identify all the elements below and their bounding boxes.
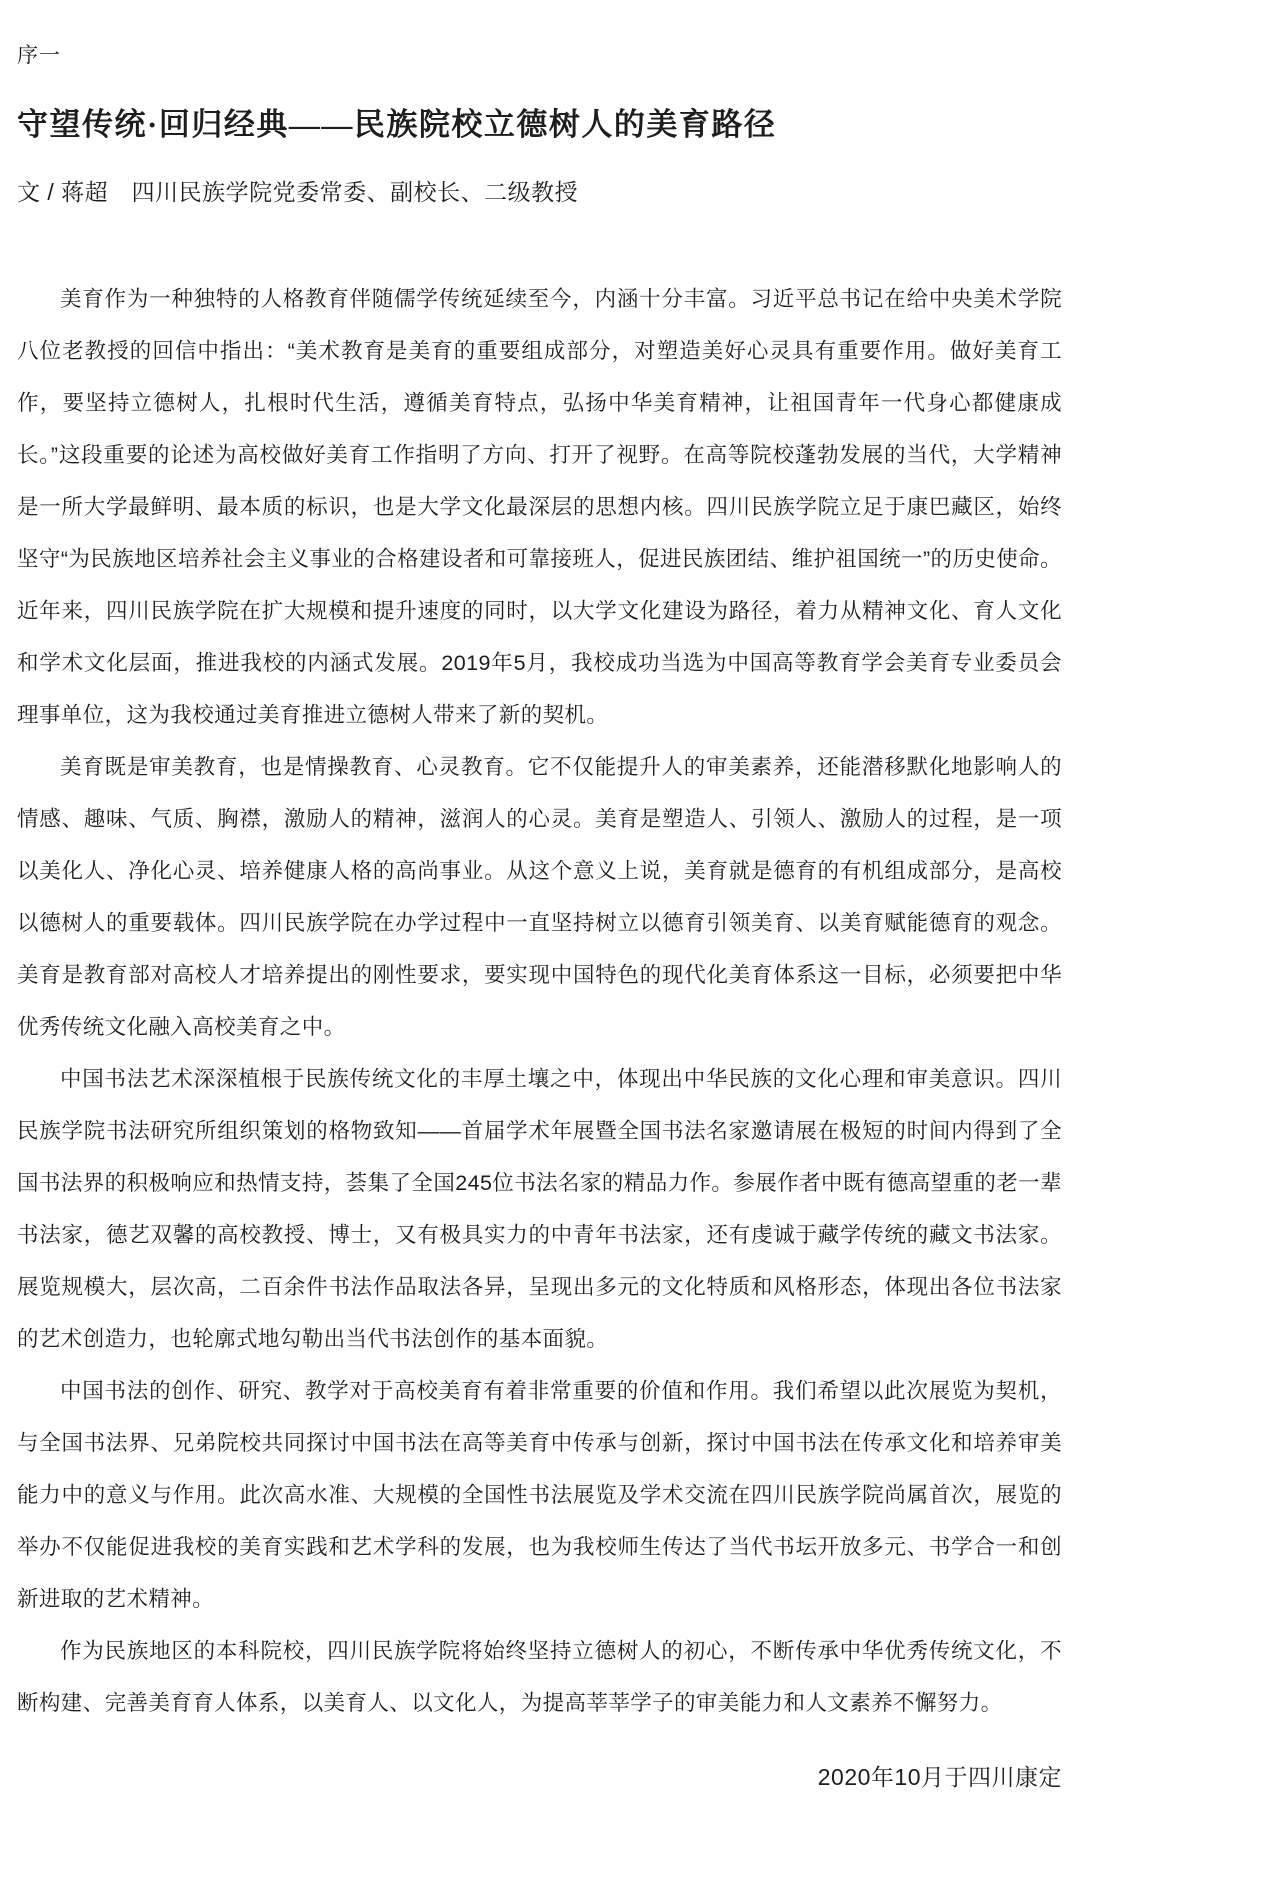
body-paragraph: 中国书法艺术深深植根于民族传统文化的丰厚土壤之中，体现出中华民族的文化心理和审美… (17, 1053, 1062, 1365)
byline: 文 / 蒋超 四川民族学院党委常委、副校长、二级教授 (17, 177, 1062, 207)
body-paragraph: 美育既是审美教育，也是情操教育、心灵教育。它不仅能提升人的审美素养，还能潜移默化… (17, 741, 1062, 1053)
section-label: 序一 (17, 42, 1062, 70)
body-paragraph: 作为民族地区的本科院校，四川民族学院将始终坚持立德树人的初心，不断传承中华优秀传… (17, 1625, 1062, 1729)
body-paragraph: 中国书法的创作、研究、教学对于高校美育有着非常重要的价值和作用。我们希望以此次展… (17, 1365, 1062, 1625)
page-title: 守望传统·回归经典——民族院校立德树人的美育路径 (17, 104, 1062, 146)
document-page: 序一 守望传统·回归经典——民族院校立德树人的美育路径 文 / 蒋超 四川民族学… (0, 0, 1280, 1883)
article-body: 美育作为一种独特的人格教育伴随儒学传统延续至今，内涵十分丰富。习近平总书记在给中… (17, 273, 1062, 1729)
body-paragraph: 美育作为一种独特的人格教育伴随儒学传统延续至今，内涵十分丰富。习近平总书记在给中… (17, 273, 1062, 741)
dateline: 2020年10月于四川康定 (17, 1762, 1062, 1792)
